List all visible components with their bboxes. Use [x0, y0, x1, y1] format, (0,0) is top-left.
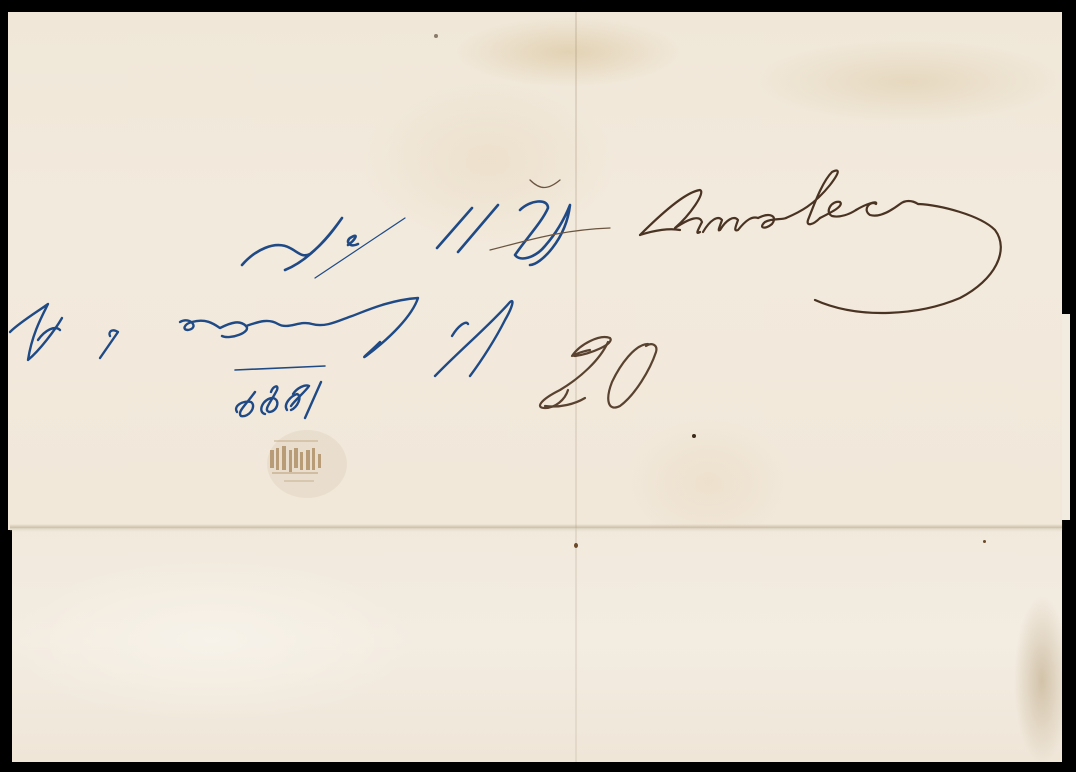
- ink-speck: [983, 540, 986, 543]
- flap-edge: [1062, 314, 1070, 520]
- ink-speck: [574, 543, 578, 548]
- ink-speck: [434, 34, 438, 38]
- horizontal-fold-edge: [10, 524, 1062, 532]
- letter-lower-panel: [12, 520, 1062, 762]
- ink-speck: [692, 434, 696, 438]
- letter-scan: Amodeo 20 Np 112: [0, 0, 1076, 772]
- vertical-fold-line: [575, 12, 577, 762]
- letter-upper-flap: [8, 12, 1062, 530]
